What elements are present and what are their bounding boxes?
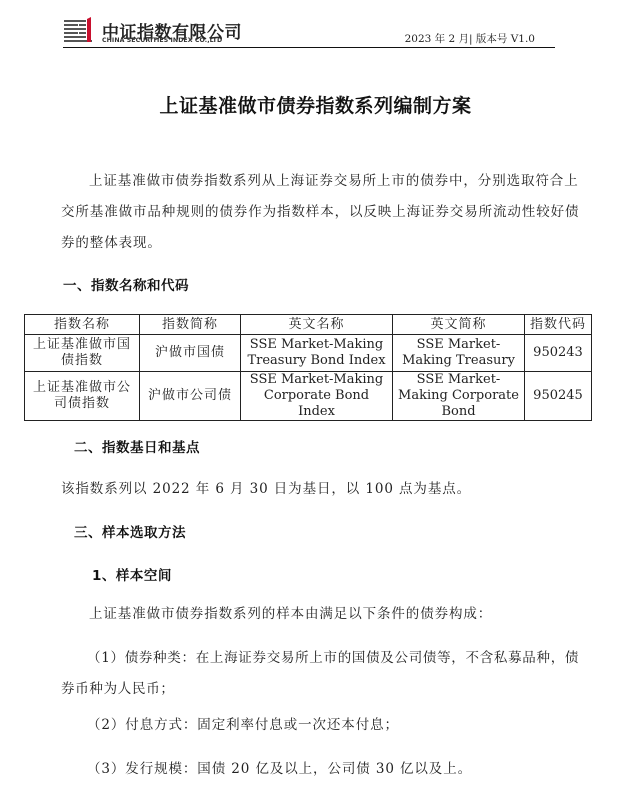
section-3-heading: 三、样本选取方法 — [74, 521, 186, 541]
criteria-item-1: （1）债券种类：在上海证券交易所上市的国债及公司债等，不含私募品种，债券币种为人… — [61, 643, 581, 705]
csi-logo-icon — [64, 17, 98, 45]
subsection-1-intro: 上证基准做市债券指数系列的样本由满足以下条件的债券构成： — [61, 599, 581, 630]
cell-english-name: SSE Market-Making Treasury Bond Index — [241, 335, 393, 372]
intro-paragraph: 上证基准做市债券指数系列从上海证券交易所上市的债券中，分别选取符合上交所基准做市… — [61, 166, 581, 259]
col-header-short-name: 指数简称 — [140, 315, 241, 335]
cell-english-short: SSE Market-Making Corporate Bond — [393, 372, 525, 421]
col-header-english-short: 英文简称 — [393, 315, 525, 335]
criteria-item-3: （3）发行规模：国债 20 亿及以上，公司债 30 亿以及上。 — [61, 754, 581, 785]
cell-english-name: SSE Market-Making Corporate Bond Index — [241, 372, 393, 421]
table-header-row: 指数名称 指数简称 英文名称 英文简称 指数代码 — [25, 315, 592, 335]
cell-index-code: 950245 — [525, 372, 592, 421]
cell-index-code: 950243 — [525, 335, 592, 372]
table-row: 上证基准做市国债指数 沪做市国债 SSE Market-Making Treas… — [25, 335, 592, 372]
document-title: 上证基准做市债券指数系列编制方案 — [0, 91, 631, 118]
date-version: 2023 年 2 月| 版本号 V1.0 — [405, 31, 535, 46]
table-row: 上证基准做市公司债指数 沪做市公司债 SSE Market-Making Cor… — [25, 372, 592, 421]
cell-short-name: 沪做市国债 — [140, 335, 241, 372]
index-table: 指数名称 指数简称 英文名称 英文简称 指数代码 上证基准做市国债指数 沪做市国… — [24, 314, 592, 421]
section-1-heading: 一、指数名称和代码 — [63, 274, 189, 294]
header-divider — [63, 47, 555, 48]
cell-index-name: 上证基准做市公司债指数 — [25, 372, 140, 421]
col-header-english-name: 英文名称 — [241, 315, 393, 335]
col-header-index-code: 指数代码 — [525, 315, 592, 335]
section-2-heading: 二、指数基日和基点 — [74, 436, 200, 456]
subsection-1-heading: 1、样本空间 — [92, 564, 172, 584]
criteria-item-2: （2）付息方式：固定利率付息或一次还本付息； — [61, 710, 581, 741]
company-name-en: CHINA SECURITIES INDEX CO.,LTD — [102, 37, 222, 44]
cell-english-short: SSE Market-Making Treasury — [393, 335, 525, 372]
cell-index-name: 上证基准做市国债指数 — [25, 335, 140, 372]
section-2-text: 该指数系列以 2022 年 6 月 30 日为基日，以 100 点为基点。 — [61, 474, 581, 505]
col-header-index-name: 指数名称 — [25, 315, 140, 335]
cell-short-name: 沪做市公司债 — [140, 372, 241, 421]
